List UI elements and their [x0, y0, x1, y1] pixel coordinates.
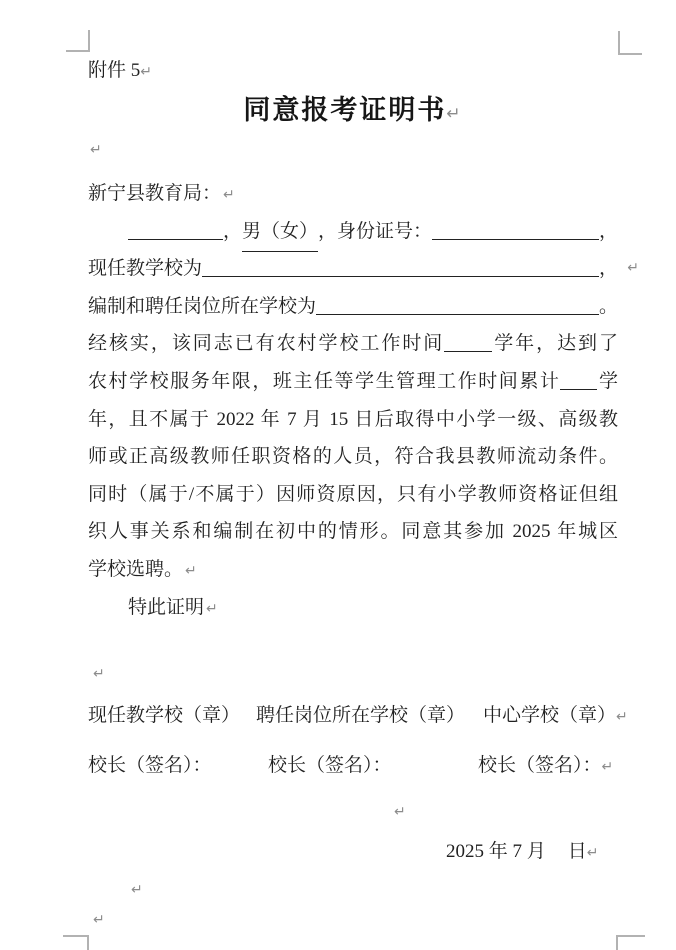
paragraph-mark-icon: ↵: [93, 666, 105, 682]
rural-years-post-text: 学年，达到了: [492, 333, 618, 354]
paragraph-mark-icon: ↵: [223, 187, 235, 203]
id-number-label: ，身份证号：: [318, 213, 432, 251]
gender-choice-text: 男（女）: [242, 213, 318, 253]
period-text: 。: [599, 288, 618, 326]
document-title-text: 同意报考证明书: [243, 95, 446, 125]
seal-label-central-school-text: 中心学校（章）: [483, 705, 616, 726]
selection-text: 学校选聘。: [88, 559, 183, 580]
paragraph-mark-icon: ↵: [627, 250, 639, 288]
rural-years-pre-text: 经核实，该同志已有农村学校工作时间: [88, 333, 444, 354]
attachment-text: 附件 5: [88, 60, 140, 81]
body-line-assigned-school: 编制和聘任岗位所在学校为 。: [88, 288, 618, 326]
blank-rural-years-field: [444, 337, 492, 352]
principal-sign-label-3: 校长（签名）：↵: [478, 752, 613, 781]
paragraph-mark-icon: ↵: [616, 709, 628, 725]
current-school-label: 现任教学校为: [88, 250, 202, 288]
body-line-qualification-1: 年，且不属于 2022 年 7 月 15 日后取得中小学一级、高级教: [88, 401, 618, 439]
body-line-rural-years: 经核实，该同志已有农村学校工作时间学年，达到了: [88, 325, 618, 363]
closing-statement-line: 特此证明↵: [88, 589, 618, 627]
comma-text: ，: [599, 213, 618, 251]
principal-sign-label-2: 校长（签名）：: [268, 752, 392, 780]
blank-management-years-field: [560, 375, 597, 390]
blank-assigned-school-field: [316, 300, 599, 315]
body-line-qualification-2: 师或正高级教师任职资格的人员，符合我县教师流动条件。: [88, 438, 618, 476]
text-boundary-mark-top-right: [618, 31, 642, 55]
salutation-text: 新宁县教育局：: [88, 183, 221, 204]
paragraph-mark-icon: ↵: [185, 563, 197, 579]
seal-label-central-school: 中心学校（章）↵: [483, 702, 628, 731]
date-day-label: 日: [568, 841, 587, 862]
certificate-body: 新宁县教育局：↵ ， 男（女） ，身份证号： ， 现任教学校为 ， ↵ 编制和聘…: [88, 175, 618, 626]
paragraph-mark-icon: ↵: [587, 845, 599, 861]
text-area: 附件 5↵ 同意报考证明书↵ ↵ 新宁县教育局：↵ ， 男（女） ，身份证号： …: [88, 0, 618, 950]
body-line-current-school: 现任教学校为 ， ↵: [88, 250, 618, 288]
seal-label-current-school: 现任教学校（章）: [88, 702, 240, 730]
text-boundary-mark-bottom-left: [63, 935, 89, 950]
principal-sign-label-3-text: 校长（签名）：: [478, 755, 602, 776]
body-line-selection: 学校选聘。↵: [88, 551, 618, 589]
paragraph-mark-icon: ↵: [131, 882, 143, 898]
date-prefix-text: 2025 年 7 月: [446, 841, 546, 862]
seal-label-assigned-school: 聘任岗位所在学校（章）: [256, 702, 465, 730]
paragraph-mark-icon: ↵: [394, 804, 406, 820]
seal-signature-row: 现任教学校（章） 聘任岗位所在学校（章） 中心学校（章）↵: [88, 702, 648, 730]
principal-signature-row: 校长（签名）： 校长（签名）： 校长（签名）：↵: [88, 752, 648, 780]
body-line-name-gender-id: ， 男（女） ，身份证号： ，: [88, 213, 618, 251]
paragraph-mark-icon: ↵: [206, 601, 218, 617]
document-page: 附件 5↵ 同意报考证明书↵ ↵ 新宁县教育局：↵ ， 男（女） ，身份证号： …: [0, 0, 676, 950]
blank-current-school-field: [202, 262, 599, 277]
blank-name-field: [128, 225, 223, 240]
management-years-post-text: 学: [597, 371, 618, 392]
text-boundary-mark-top-left: [66, 30, 90, 52]
salutation-line: 新宁县教育局：↵: [88, 175, 618, 213]
comma-text: ，: [223, 213, 242, 251]
comma-text: ，: [599, 250, 618, 288]
attachment-label: 附件 5↵: [88, 58, 152, 85]
date-line: 2025 年 7 月日↵: [446, 838, 599, 866]
body-line-management-years: 农村学校服务年限，班主任等学生管理工作时间累计学: [88, 363, 618, 401]
document-title: 同意报考证明书↵: [88, 92, 618, 132]
assigned-school-label: 编制和聘任岗位所在学校为: [88, 288, 316, 326]
principal-sign-label-1: 校长（签名）：: [88, 752, 212, 780]
paragraph-mark-icon: ↵: [93, 912, 105, 928]
text-boundary-mark-bottom-right: [616, 935, 645, 950]
closing-statement-text: 特此证明: [128, 597, 204, 618]
paragraph-mark-icon: ↵: [446, 104, 462, 124]
body-line-teacher-reason-2: 织人事关系和编制在初中的情形。同意其参加 2025 年城区: [88, 513, 618, 551]
blank-id-number-field: [432, 225, 599, 240]
paragraph-mark-icon: ↵: [602, 759, 614, 775]
management-years-pre-text: 农村学校服务年限，班主任等学生管理工作时间累计: [88, 371, 560, 392]
paragraph-mark-icon: ↵: [140, 64, 152, 80]
body-line-teacher-reason-1: 同时（属于/不属于）因师资原因，只有小学教师资格证但组: [88, 476, 618, 514]
paragraph-mark-icon: ↵: [90, 142, 102, 158]
